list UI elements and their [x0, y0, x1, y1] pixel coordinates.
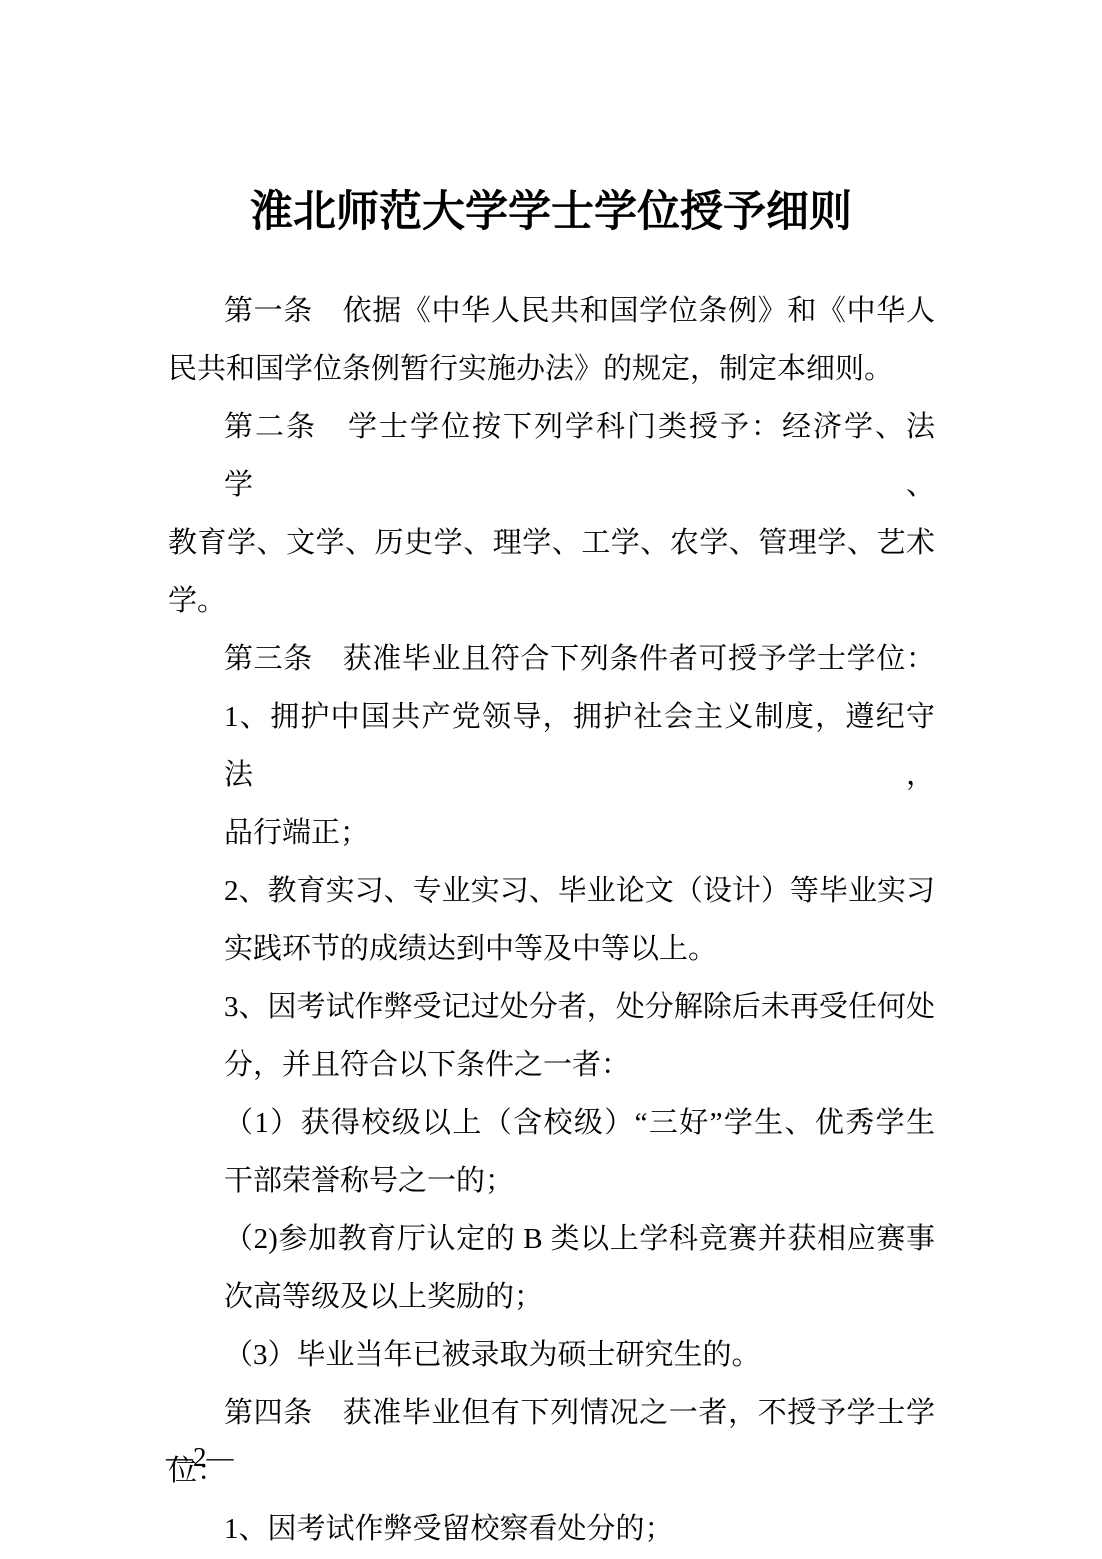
- text-line: 第四条 获准毕业但有下列情况之一者，不授予学士学: [168, 1384, 935, 1442]
- text-line: 教育学、文学、历史学、理学、工学、农学、管理学、艺术: [168, 514, 935, 572]
- text-line: 第一条 依据《中华人民共和国学位条例》和《中华人: [168, 282, 935, 340]
- text-line: （2)参加教育厅认定的 B 类以上学科竞赛并获相应赛事: [224, 1210, 935, 1268]
- article-3-subitem-3: （3）毕业当年已被录取为硕士研究生的。: [224, 1326, 935, 1384]
- text-line: 位：: [168, 1442, 935, 1500]
- text-line: 次高等级及以上奖励的；: [224, 1268, 935, 1326]
- article-3-subitem-2: （2)参加教育厅认定的 B 类以上学科竞赛并获相应赛事 次高等级及以上奖励的；: [224, 1210, 935, 1326]
- text-line: （1）获得校级以上（含校级）“三好”学生、优秀学生: [224, 1094, 935, 1152]
- article-3: 第三条 获准毕业且符合下列条件者可授予学士学位：: [168, 630, 935, 688]
- text-line: 1、因考试作弊受留校察看处分的；: [224, 1500, 935, 1558]
- article-4: 第四条 获准毕业但有下列情况之一者，不授予学士学 位：: [168, 1384, 935, 1500]
- text-line: （3）毕业当年已被录取为硕士研究生的。: [224, 1326, 935, 1384]
- article-4-item-1: 1、因考试作弊受留校察看处分的；: [224, 1500, 935, 1558]
- text-line: 第二条 学士学位按下列学科门类授予：经济学、法学、: [168, 398, 935, 514]
- text-line: 1、拥护中国共产党领导，拥护社会主义制度，遵纪守法，: [224, 688, 935, 804]
- article-1: 第一条 依据《中华人民共和国学位条例》和《中华人 民共和国学位条例暂行实施办法》…: [168, 282, 935, 398]
- document-title: 淮北师范大学学士学位授予细则: [0, 0, 1102, 240]
- text-line: 3、因考试作弊受记过处分者，处分解除后未再受任何处: [224, 978, 935, 1036]
- text-line: 干部荣誉称号之一的；: [224, 1152, 935, 1210]
- text-line: 品行端正；: [224, 804, 935, 862]
- article-3-item-3: 3、因考试作弊受记过处分者，处分解除后未再受任何处 分，并且符合以下条件之一者：: [224, 978, 935, 1094]
- article-3-item-1: 1、拥护中国共产党领导，拥护社会主义制度，遵纪守法， 品行端正；: [224, 688, 935, 862]
- text-line: 民共和国学位条例暂行实施办法》的规定，制定本细则。: [168, 340, 935, 398]
- article-3-item-2: 2、教育实习、专业实习、毕业论文（设计）等毕业实习 实践环节的成绩达到中等及中等…: [224, 862, 935, 978]
- page-number: —2—: [166, 1442, 234, 1472]
- document-page: 淮北师范大学学士学位授予细则 第一条 依据《中华人民共和国学位条例》和《中华人 …: [0, 0, 1102, 1559]
- text-line: 第三条 获准毕业且符合下列条件者可授予学士学位：: [168, 630, 935, 688]
- text-line: 实践环节的成绩达到中等及中等以上。: [224, 920, 935, 978]
- article-3-subitem-1: （1）获得校级以上（含校级）“三好”学生、优秀学生 干部荣誉称号之一的；: [224, 1094, 935, 1210]
- text-line: 学。: [168, 572, 935, 630]
- text-line: 2、教育实习、专业实习、毕业论文（设计）等毕业实习: [224, 862, 935, 920]
- document-body: 第一条 依据《中华人民共和国学位条例》和《中华人 民共和国学位条例暂行实施办法》…: [0, 282, 1102, 1558]
- text-line: 分，并且符合以下条件之一者：: [224, 1036, 935, 1094]
- article-2: 第二条 学士学位按下列学科门类授予：经济学、法学、 教育学、文学、历史学、理学、…: [168, 398, 935, 630]
